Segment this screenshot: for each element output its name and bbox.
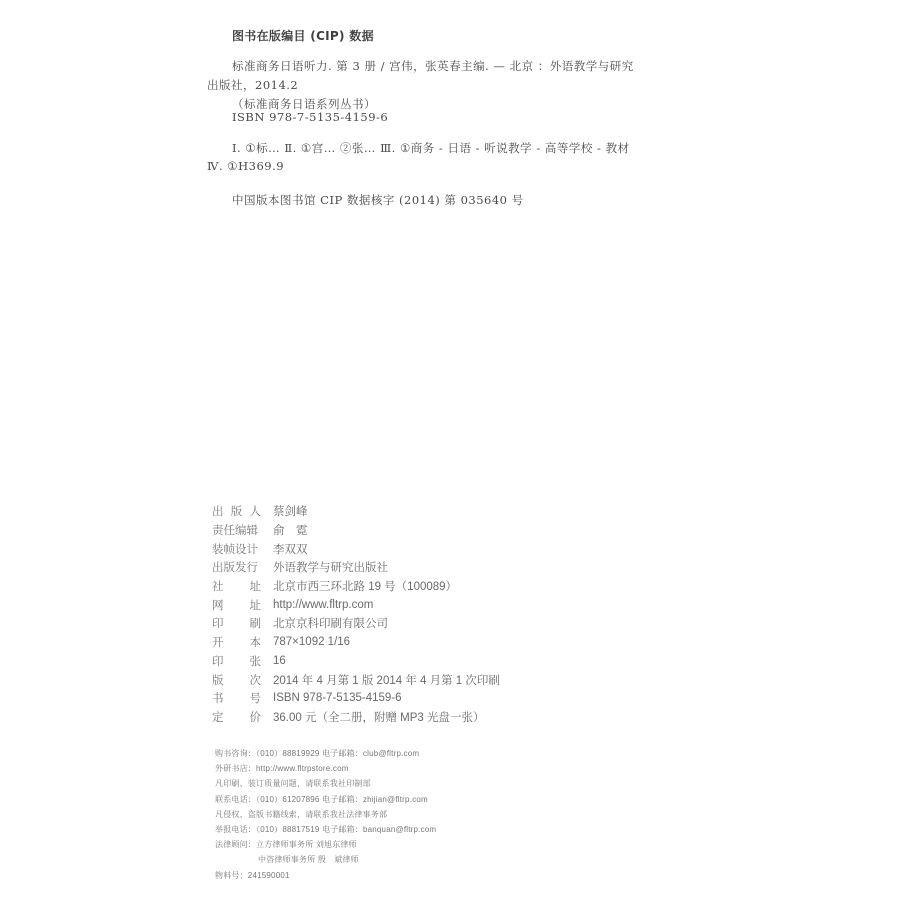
colophon-label-part: 址 [250, 597, 262, 613]
colophon: 出版人蔡剑峰责任编辑俞 霓装帧设计李双双出版发行外语教学与研究出版社社址北京市西… [212, 502, 500, 726]
colophon-value: 北京京科印刷有限公司 [273, 615, 388, 631]
cip-catalog-line: 标准商务日语听力. 第 3 册 / 宫伟，张英春主编. — 北京 ：外语教学与研… [232, 58, 634, 74]
colophon-label-part: 装帧设计 [212, 541, 258, 557]
colophon-row: 定价36.00 元（全二册，附赠 MP3 光盘一张） [212, 708, 500, 727]
colophon-label: 版次 [212, 672, 273, 688]
colophon-label: 出版人 [212, 503, 273, 519]
colophon-row: 印刷北京京科印刷有限公司 [212, 614, 500, 633]
colophon-label-part: 次 [250, 672, 262, 688]
contact-info: 购书咨询：（010）88819929 电子邮箱：club@fltrp.com外研… [215, 746, 436, 883]
colophon-label: 责任编辑 [212, 522, 273, 538]
colophon-label-part: 版 [231, 503, 243, 519]
colophon-label-part: 出版发行 [212, 559, 258, 575]
colophon-value: http://www.fltrp.com [273, 599, 373, 611]
colophon-label: 开本 [212, 634, 273, 650]
contact-line: 凡印刷、装订质量问题，请联系我社印制部 [215, 776, 436, 791]
colophon-label: 社址 [212, 578, 273, 594]
contact-line: 法律顾问：立方律师事务所 刘旭东律师 [215, 837, 436, 852]
colophon-value: ISBN 978-7-5135-4159-6 [273, 692, 402, 704]
contact-line: 凡侵权、盗版书籍线索，请联系我社法律事务部 [215, 807, 436, 822]
colophon-label-part: 刷 [250, 615, 262, 631]
colophon-row: 责任编辑俞 霓 [212, 521, 500, 540]
colophon-row: 书号ISBN 978-7-5135-4159-6 [212, 689, 500, 708]
cip-catalog-line: 出版社，2014.2 [207, 77, 298, 93]
colophon-label-part: 张 [250, 653, 262, 669]
colophon-label-part: 人 [250, 503, 262, 519]
colophon-value: 36.00 元（全二册，附赠 MP3 光盘一张） [273, 709, 485, 725]
colophon-label-part: 印 [212, 615, 224, 631]
colophon-label: 印刷 [212, 615, 273, 631]
contact-line: 购书咨询：（010）88819929 电子邮箱：club@fltrp.com [215, 746, 436, 761]
colophon-label: 装帧设计 [212, 541, 273, 557]
colophon-row: 出版人蔡剑峰 [212, 502, 500, 521]
cip-record-number: 中国版本图书馆 CIP 数据核字 (2014) 第 035640 号 [232, 192, 524, 208]
contact-line: 外研书店：http://www.fltrpstore.com [215, 761, 436, 776]
colophon-row: 出版发行外语教学与研究出版社 [212, 558, 500, 577]
colophon-label-part: 版 [212, 672, 224, 688]
colophon-label-part: 号 [250, 690, 262, 706]
colophon-label: 出版发行 [212, 559, 273, 575]
colophon-value: 北京市西三环北路 19 号（100089） [273, 578, 457, 594]
colophon-label-part: 网 [212, 597, 224, 613]
colophon-value: 俞 霓 [273, 522, 308, 538]
colophon-row: 印张16 [212, 652, 500, 671]
colophon-label-part: 址 [250, 578, 262, 594]
colophon-row: 开本787×1092 1/16 [212, 633, 500, 652]
colophon-value: 16 [273, 655, 286, 667]
colophon-label: 印张 [212, 653, 273, 669]
colophon-label: 书号 [212, 690, 273, 706]
colophon-label-part: 出 [212, 503, 224, 519]
colophon-row: 网址http://www.fltrp.com [212, 595, 500, 614]
colophon-label-part: 责任编辑 [212, 522, 258, 538]
colophon-label-part: 价 [250, 709, 262, 725]
colophon-label-part: 定 [212, 709, 224, 725]
colophon-label-part: 书 [212, 690, 224, 706]
colophon-label-part: 印 [212, 653, 224, 669]
colophon-label: 定价 [212, 709, 273, 725]
colophon-value: 外语教学与研究出版社 [273, 559, 388, 575]
cip-classification-line: Ⅳ. ①H369.9 [207, 159, 284, 173]
cip-classification-line: Ⅰ. ①标… Ⅱ. ①宫… ②张… Ⅲ. ①商务 - 日语 - 听说教学 - 高… [232, 140, 630, 156]
cip-isbn-line: ISBN 978-7-5135-4159-6 [232, 110, 388, 124]
colophon-value: 787×1092 1/16 [273, 636, 350, 648]
contact-line: 中咨律师事务所 殷 斌律师 [215, 852, 436, 867]
colophon-value: 李双双 [273, 541, 308, 557]
colophon-label-part: 社 [212, 578, 224, 594]
colophon-row: 装帧设计李双双 [212, 539, 500, 558]
cip-title: 图书在版编目 (CIP) 数据 [232, 27, 374, 44]
colophon-label: 网址 [212, 597, 273, 613]
colophon-row: 社址北京市西三环北路 19 号（100089） [212, 577, 500, 596]
colophon-value: 蔡剑峰 [273, 503, 308, 519]
contact-line: 物料号：241590001 [215, 868, 436, 883]
colophon-label-part: 开 [212, 634, 224, 650]
contact-line: 举报电话：（010）88817519 电子邮箱：banquan@fltrp.co… [215, 822, 436, 837]
contact-line: 联系电话：（010）61207896 电子邮箱：zhijian@fltrp.co… [215, 792, 436, 807]
colophon-row: 版次2014 年 4 月第 1 版 2014 年 4 月第 1 次印刷 [212, 670, 500, 689]
colophon-value: 2014 年 4 月第 1 版 2014 年 4 月第 1 次印刷 [273, 672, 500, 688]
colophon-label-part: 本 [250, 634, 262, 650]
